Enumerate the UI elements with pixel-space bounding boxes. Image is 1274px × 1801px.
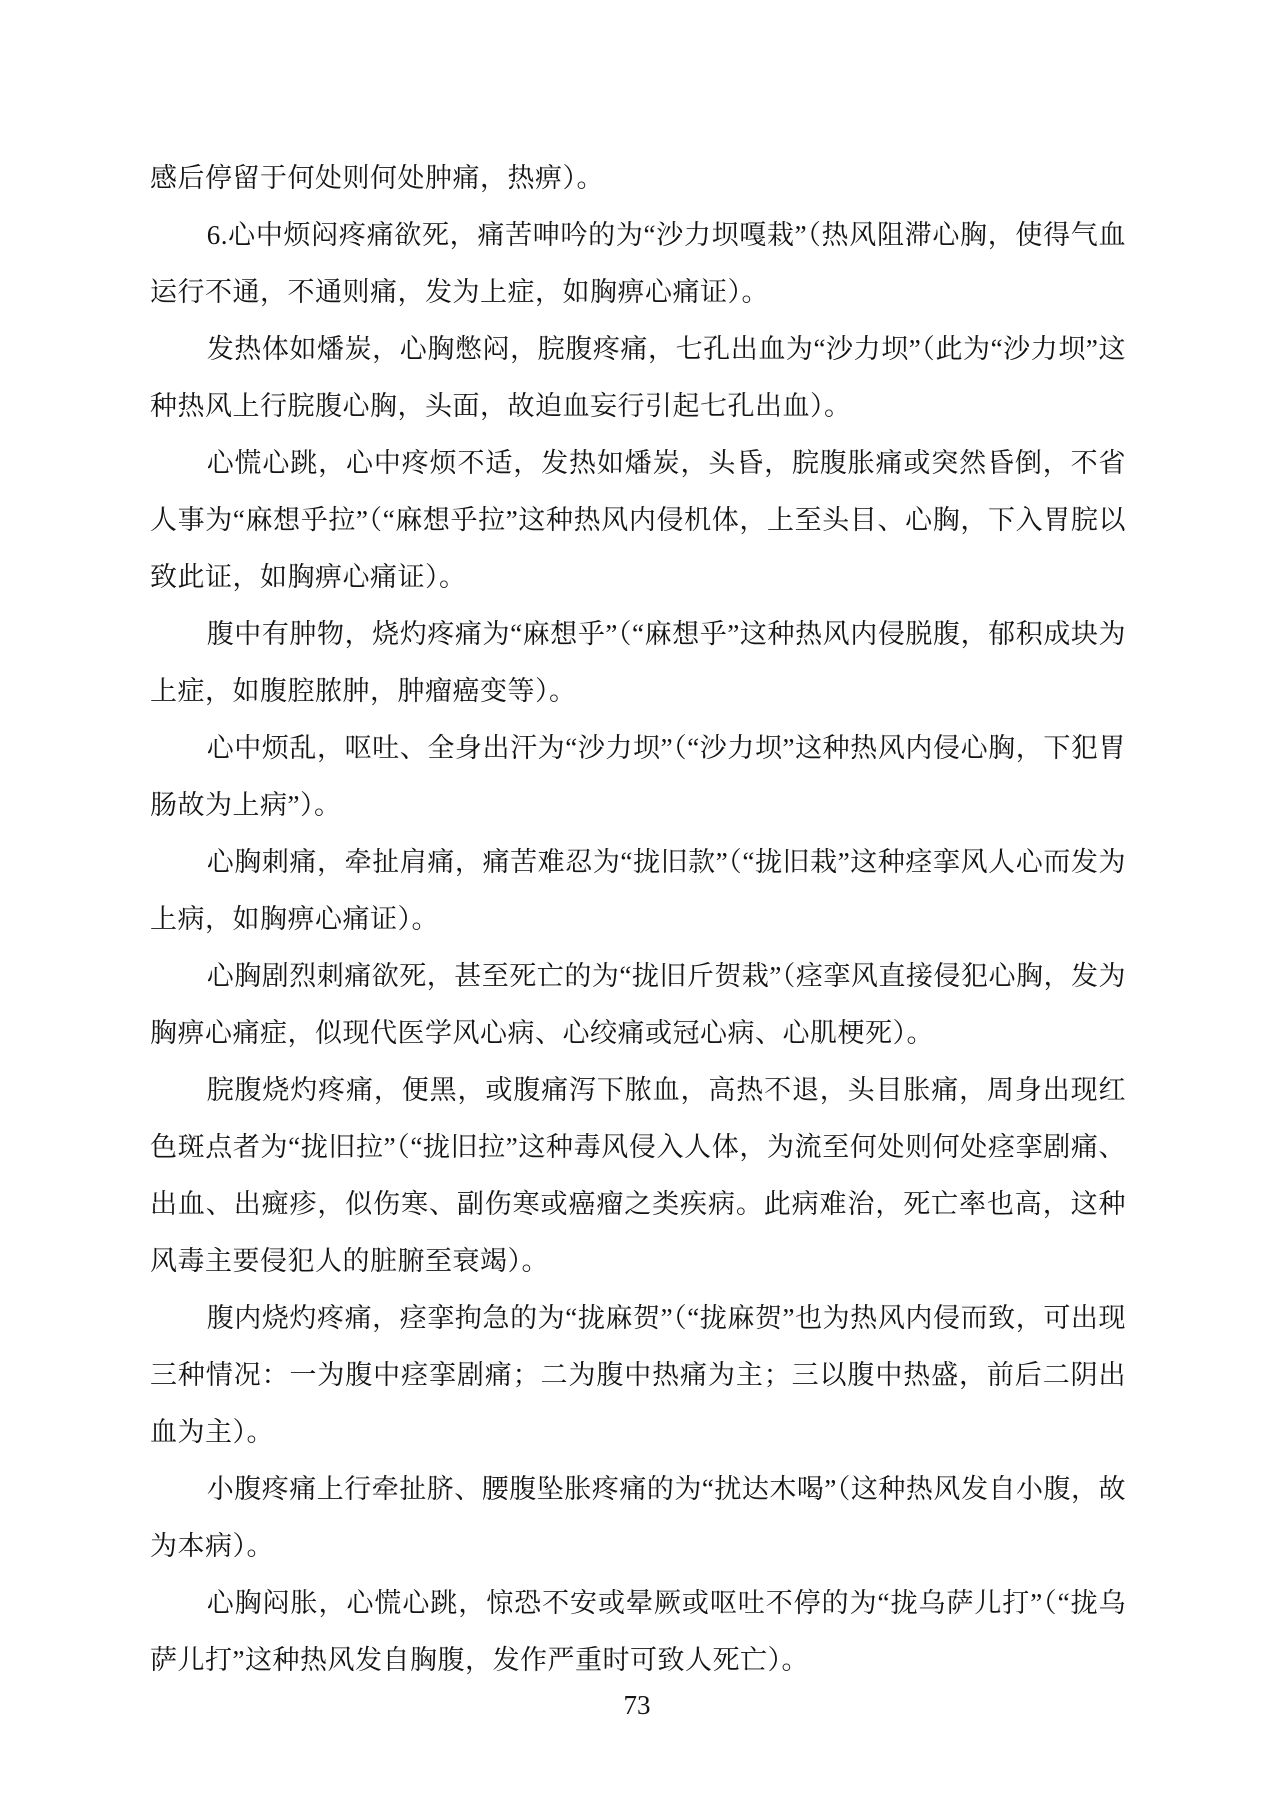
paragraph: 腹内烧灼疼痛，痉挛拘急的为“拢麻贺”（“拢麻贺”也为热风内侵而致，可出现三种情况… bbox=[150, 1290, 1126, 1461]
page-number: 73 bbox=[0, 1690, 1274, 1720]
paragraph: 心胸刺痛，牵扯肩痛，痛苦难忍为“拢旧款”（“拢旧栽”这种痉挛风人心而发为上病，如… bbox=[150, 834, 1126, 948]
paragraph: 脘腹烧灼疼痛，便黑，或腹痛泻下脓血，高热不退，头目胀痛，周身出现红色斑点者为“拢… bbox=[150, 1062, 1126, 1290]
paragraph: 心中烦乱，呕吐、全身出汗为“沙力坝”（“沙力坝”这种热风内侵心胸，下犯胃肠故为上… bbox=[150, 720, 1126, 834]
paragraph: 感后停留于何处则何处肿痛，热痹）。 bbox=[150, 150, 1126, 207]
paragraph: 心慌心跳，心中疼烦不适，发热如燔炭，头昏，脘腹胀痛或突然昏倒，不省人事为“麻想乎… bbox=[150, 435, 1126, 606]
paragraph: 小腹疼痛上行牵扯脐、腰腹坠胀疼痛的为“扰达木喝”（这种热风发自小腹，故为本病）。 bbox=[150, 1461, 1126, 1575]
paragraph: 腹中有肿物，烧灼疼痛为“麻想乎”（“麻想乎”这种热风内侵脱腹，郁积成块为上症，如… bbox=[150, 606, 1126, 720]
paragraph: 发热体如燔炭，心胸憋闷，脘腹疼痛，七孔出血为“沙力坝”（此为“沙力坝”这种热风上… bbox=[150, 321, 1126, 435]
paragraph: 心胸闷胀，心慌心跳，惊恐不安或晕厥或呕吐不停的为“拢乌萨儿打”（“拢乌萨儿打”这… bbox=[150, 1575, 1126, 1689]
text-body: 感后停留于何处则何处肿痛，热痹）。6.心中烦闷疼痛欲死，痛苦呻吟的为“沙力坝嘎栽… bbox=[150, 150, 1126, 1689]
document-page: 感后停留于何处则何处肿痛，热痹）。6.心中烦闷疼痛欲死，痛苦呻吟的为“沙力坝嘎栽… bbox=[0, 0, 1274, 1801]
paragraph: 心胸剧烈刺痛欲死，甚至死亡的为“拢旧斤贺栽”（痉挛风直接侵犯心胸，发为胸痹心痛症… bbox=[150, 948, 1126, 1062]
paragraph: 6.心中烦闷疼痛欲死，痛苦呻吟的为“沙力坝嘎栽”（热风阻滞心胸，使得气血运行不通… bbox=[150, 207, 1126, 321]
